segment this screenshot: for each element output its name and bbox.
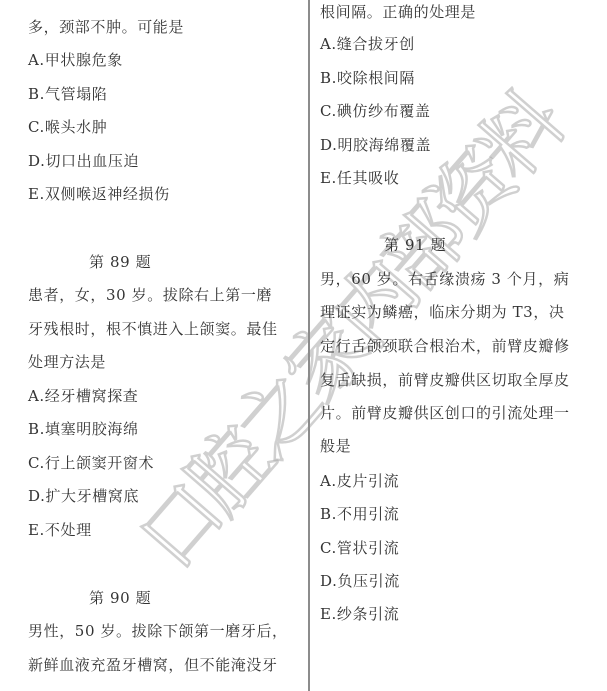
option-e: E.纱条引流: [320, 604, 399, 624]
left-column: 多，颈部不肿。可能是 A.甲状腺危象 B.气管塌陷 C.喉头水肿 D.切口出血压…: [0, 0, 308, 691]
option-c: C.管状引流: [320, 538, 399, 558]
question-stem-line: 新鲜血液充盈牙槽窝，但不能淹没牙: [28, 655, 278, 675]
option-e: E.双侧喉返神经损伤: [28, 184, 170, 204]
right-column: 根间隔。正确的处理是 A.缝合拔牙创 B.咬除根间隔 C.碘仿纱布覆盖 D.明胶…: [311, 0, 607, 691]
question-stem-line: 牙残根时，根不慎进入上颌窦。最佳: [28, 319, 278, 339]
question-stem-line: 男，60 岁。右舌缘溃疡 3 个月，病: [320, 269, 569, 289]
question-stem-line: 根间隔。正确的处理是: [320, 2, 476, 22]
option-b: B.填塞明胶海绵: [28, 419, 139, 439]
option-e: E.任其吸收: [320, 168, 399, 188]
option-b: B.咬除根间隔: [320, 68, 415, 88]
option-a: A.甲状腺危象: [28, 50, 123, 70]
question-stem-line: 理证实为鳞癌，临床分期为 T3，决: [320, 302, 565, 322]
question-stem-line: 男性，50 岁。拔除下颌第一磨牙后，: [28, 621, 288, 641]
option-d: D.明胶海绵覆盖: [320, 135, 431, 155]
question-stem-line: 定行舌颌颈联合根治术，前臂皮瓣修: [320, 336, 570, 356]
option-a: A.经牙槽窝探查: [28, 386, 138, 406]
option-b: B.气管塌陷: [28, 84, 107, 104]
question-stem-line: 多，颈部不肿。可能是: [28, 17, 184, 37]
question-heading-89: 第 89 题: [89, 252, 151, 272]
question-heading-91: 第 91 题: [384, 235, 446, 255]
question-stem-line: 患者，女，30 岁。拔除右上第一磨: [28, 285, 272, 305]
question-stem-line: 般是: [320, 436, 351, 456]
question-stem-line: 处理方法是: [28, 352, 106, 372]
question-stem-line: 片。前臂皮瓣供区创口的引流处理一: [320, 403, 570, 423]
option-a: A.缝合拔牙创: [320, 34, 415, 54]
option-e: E.不处理: [28, 520, 92, 540]
option-d: D.负压引流: [320, 571, 400, 591]
option-c: C.碘仿纱布覆盖: [320, 101, 431, 121]
option-d: D.切口出血压迫: [28, 151, 139, 171]
option-c: C.行上颌窦开窗术: [28, 453, 154, 473]
question-heading-90: 第 90 题: [89, 588, 151, 608]
option-a: A.皮片引流: [320, 471, 399, 491]
question-stem-line: 复舌缺损，前臂皮瓣供区切取全厚皮: [320, 370, 570, 390]
option-b: B.不用引流: [320, 504, 399, 524]
option-c: C.喉头水肿: [28, 117, 107, 137]
option-d: D.扩大牙槽窝底: [28, 486, 139, 506]
column-divider: [308, 0, 310, 691]
